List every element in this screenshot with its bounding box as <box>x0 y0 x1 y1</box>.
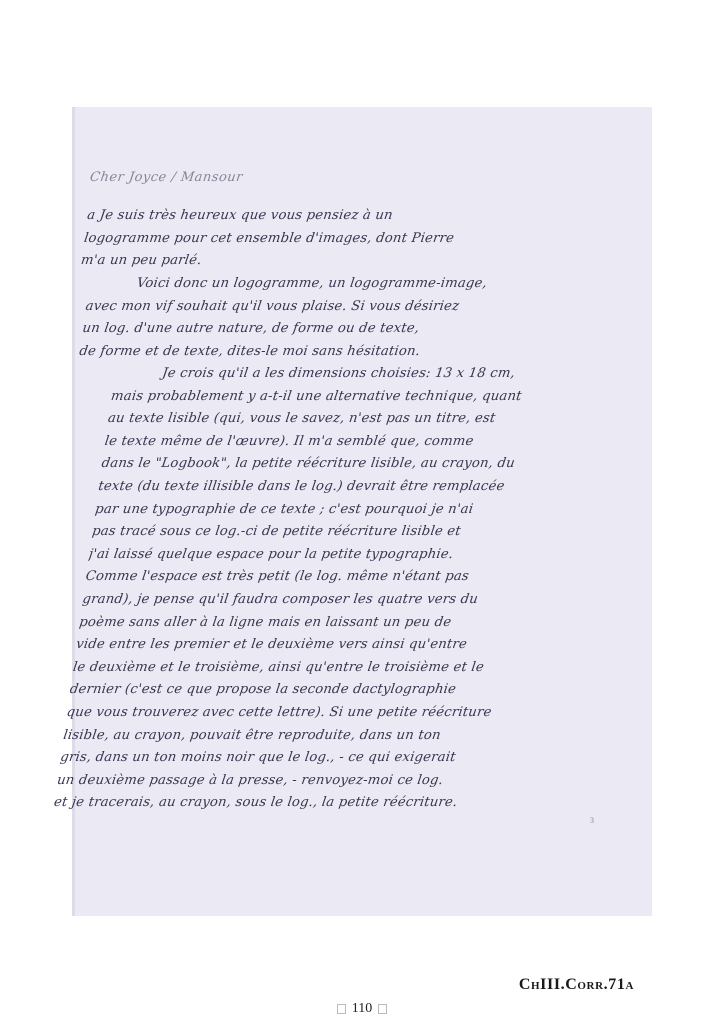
text-line: au texte lisible (qui, vous le savez, n'… <box>106 408 609 431</box>
text-line: Comme l'espace est très petit (le log. m… <box>84 566 587 589</box>
paragraph-3: Je crois qu'il a les dimensions choisies… <box>52 363 616 815</box>
text-line: et je tracerais, au crayon, sous le log.… <box>52 792 555 815</box>
text-line: vide entre les premier et le deuxième ve… <box>74 634 577 657</box>
letter-salutation: Cher Joyce / Mansour <box>89 170 244 185</box>
page-mark: 3 <box>590 816 594 825</box>
paragraph-2: Voici donc un logogramme, un logogramme-… <box>78 273 591 363</box>
bracket-glyph-icon <box>378 1004 387 1014</box>
paragraph-1: a Je suis très heureux que vous pensiez … <box>79 205 589 273</box>
text-line: le texte même de l'œuvre). Il m'a semblé… <box>103 431 606 454</box>
text-line: avec mon vif souhait qu'il vous plaise. … <box>84 296 587 319</box>
page-number-value: 110 <box>352 1001 372 1016</box>
text-line: le deuxième et le troisième, ainsi qu'en… <box>71 657 574 680</box>
text-line: gris, dans un ton moins noir que le log.… <box>59 747 562 770</box>
text-line: mais probablement y a-t-il une alternati… <box>109 386 612 409</box>
text-line: poème sans aller à la ligne mais en lais… <box>78 612 581 635</box>
text-line: par une typographie de ce texte ; c'est … <box>94 499 597 522</box>
text-line: que vous trouverez avec cette lettre). S… <box>65 702 568 725</box>
text-line: lisible, au crayon, pouvait être reprodu… <box>62 725 565 748</box>
text-line: Voici donc un logogramme, un logogramme-… <box>87 273 590 296</box>
text-line: a Je suis très heureux que vous pensiez … <box>86 205 589 228</box>
text-line: logogramme pour cet ensemble d'images, d… <box>82 228 585 251</box>
text-line: un log. d'une autre nature, de forme ou … <box>81 318 584 341</box>
text-line: Je crois qu'il a les dimensions choisies… <box>113 363 616 386</box>
text-line: texte (du texte illisible dans le log.) … <box>97 476 600 499</box>
page-number: 110 <box>0 1001 724 1017</box>
text-line: dans le "Logbook", la petite réécriture … <box>100 453 603 476</box>
text-line: j'ai laissé quelque espace pour la petit… <box>87 544 590 567</box>
text-line: de forme et de texte, dites-le moi sans … <box>78 341 581 364</box>
bracket-glyph-icon <box>337 1004 346 1014</box>
text-line: dernier (c'est ce que propose la seconde… <box>68 679 571 702</box>
text-line: un deuxième passage à la presse, - renvo… <box>55 770 558 793</box>
archive-reference: ChIII.Corr.71a <box>519 976 634 994</box>
text-line: grand), je pense qu'il faudra composer l… <box>81 589 584 612</box>
text-line: pas tracé sous ce log.-ci de petite rééc… <box>90 521 593 544</box>
text-line: m'a un peu parlé. <box>79 250 582 273</box>
